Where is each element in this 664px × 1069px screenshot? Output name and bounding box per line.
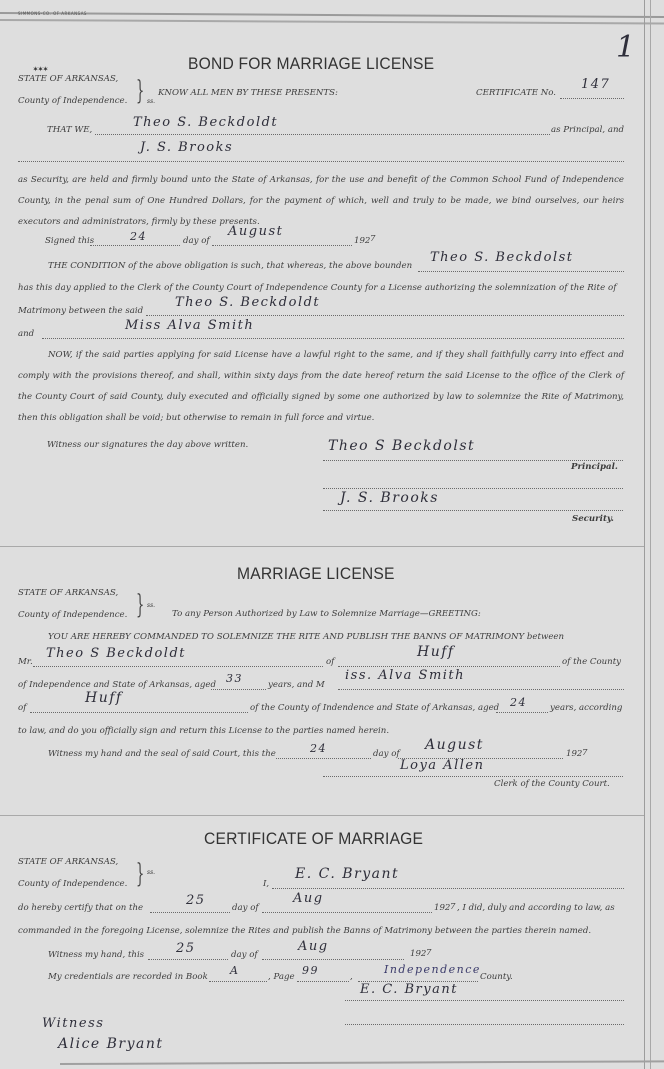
section-divider: [0, 815, 644, 816]
signed-this-label: Signed this: [45, 236, 94, 246]
day-of-label: day of: [232, 903, 259, 913]
mr-label: Mr.: [18, 657, 33, 667]
officiant-signature[interactable]: E. C. Bryant: [360, 982, 458, 997]
commanded-text: commanded in the foregoing License, sole…: [18, 926, 591, 936]
state-label: STATE OF ARKANSAS,: [18, 74, 118, 84]
license-day[interactable]: 24: [310, 742, 327, 755]
witness-handwritten-label: Witness: [42, 1016, 104, 1031]
license-year-digit[interactable]: 7: [582, 748, 587, 758]
ledger-rule: [60, 1060, 664, 1065]
i-label: I,: [263, 879, 269, 889]
cert-day-line: [150, 912, 230, 913]
license-title: MARRIAGE LICENSE: [237, 564, 395, 584]
to-law-text: to law, and do you officially sign and r…: [18, 726, 389, 736]
page-value[interactable]: 99: [302, 964, 319, 977]
day-of-label: day of: [231, 950, 258, 960]
as-principal-label: as Principal, and: [551, 125, 624, 135]
applied-text: has this day applied to the Clerk of the…: [18, 283, 616, 293]
ledger-margin-rule: [644, 0, 645, 1069]
clerk-signature[interactable]: Loya Allen: [400, 758, 484, 773]
officiant-name[interactable]: E. C. Bryant: [295, 866, 399, 882]
printer-imprint: SIMMONS-CO. OF ARKANSAS: [18, 11, 87, 16]
security-label: Security.: [572, 514, 614, 524]
comma: ,: [350, 972, 353, 982]
signed-year-digit[interactable]: 7: [370, 234, 375, 244]
groom-residence[interactable]: Huff: [417, 644, 455, 660]
years-and-label: years, and M: [268, 680, 325, 690]
county-label: County of Independence.: [18, 96, 127, 106]
license-day-line: [276, 758, 371, 759]
license-month[interactable]: August: [425, 737, 484, 753]
bride-name[interactable]: Miss Alva Smith: [125, 318, 254, 333]
book-line: [209, 981, 267, 982]
condition-text: THE CONDITION of the above obligation is…: [48, 261, 412, 271]
year-prefix: 192: [354, 236, 370, 246]
cert-month[interactable]: Aug: [293, 891, 324, 906]
state-label: STATE OF ARKANSAS,: [18, 857, 118, 867]
bride-name[interactable]: iss. Alva Smith: [345, 668, 465, 683]
ledger-margin-rule: [650, 0, 651, 1069]
certificate-no-label: CERTIFICATE No.: [476, 88, 556, 98]
year-prefix: 192: [434, 903, 450, 913]
signed-month-line: [212, 245, 352, 246]
groom-age[interactable]: 33: [226, 672, 243, 685]
groom-name[interactable]: Theo S. Beckdoldt: [175, 295, 320, 310]
principal-signature-line: [323, 460, 623, 461]
ss-label: ss.: [147, 869, 155, 876]
commanded-text: YOU ARE HEREBY COMMANDED TO SOLEMNIZE TH…: [48, 632, 564, 642]
principal-line: [95, 134, 550, 135]
clerk-label: Clerk of the County Court.: [494, 779, 610, 789]
ss-label: ss.: [147, 602, 155, 609]
bride-name-line: [338, 689, 624, 690]
officiant-title-line: [345, 1024, 624, 1025]
of-independence-aged-label: of Independence and State of Arkansas, a…: [18, 680, 216, 690]
ss-label: ss.: [147, 98, 155, 105]
volume-mark: 1: [616, 30, 635, 65]
cert-year-digit[interactable]: 7: [450, 902, 455, 912]
year-prefix: 192: [410, 949, 426, 959]
security-sig-line-1: [323, 488, 623, 489]
bride-age-line: [496, 712, 548, 713]
day-of-label: day of: [183, 236, 210, 246]
bond-title: BOND FOR MARRIAGE LICENSE: [188, 54, 434, 74]
know-all-men: KNOW ALL MEN BY THESE PRESENTS:: [158, 88, 338, 98]
book-value[interactable]: A: [230, 964, 239, 977]
now-text: NOW, if the said parties applying for sa…: [18, 345, 624, 429]
witness-month-line: [262, 959, 404, 960]
years-according-label: years, according: [550, 703, 622, 713]
groom-line: [146, 315, 624, 316]
witness-month[interactable]: Aug: [298, 939, 329, 954]
security-line: [18, 161, 624, 162]
bride-residence-line: [30, 712, 248, 713]
page-label: , Page: [268, 972, 295, 982]
county-label: County of Independence.: [18, 879, 127, 889]
brace: }: [136, 78, 144, 104]
greeting-text: To any Person Authorized by Law to Solem…: [172, 609, 481, 619]
cert-month-line: [262, 912, 432, 913]
security-name[interactable]: J. S. Brooks: [140, 140, 233, 155]
county-state-aged-label: of the County of Indendence and State of…: [250, 703, 499, 713]
brace: }: [136, 861, 144, 887]
witness-year-digit[interactable]: 7: [426, 948, 431, 958]
certify-text: do hereby certify that on the: [18, 903, 143, 913]
cert-day[interactable]: 25: [186, 893, 206, 908]
year-prefix: 192: [566, 749, 582, 759]
witness-hand-label: Witness my hand and the seal of said Cou…: [48, 749, 276, 759]
marriage-record-page: SIMMONS-CO. OF ARKANSAS BOND FOR MARRIAG…: [0, 0, 664, 1069]
margin-mark: ✶✶✶: [33, 66, 48, 73]
section-divider: [0, 546, 644, 547]
day-of-label: day of: [373, 749, 400, 759]
certificate-title: CERTIFICATE OF MARRIAGE: [204, 829, 423, 849]
credentials-county[interactable]: Independence: [384, 963, 481, 976]
principal-signature[interactable]: Theo S Beckdolst: [328, 438, 475, 454]
of-the-county-label: of the County: [562, 657, 621, 667]
security-signature[interactable]: J. S. Brooks: [340, 490, 439, 506]
and-label: and: [18, 329, 34, 339]
bounden-line: [418, 271, 624, 272]
bride-residence[interactable]: Huff: [85, 690, 123, 706]
page-line: [297, 981, 349, 982]
groom-name[interactable]: Theo S Beckdoldt: [46, 646, 186, 661]
bond-body-text: as Security, are held and firmly bound u…: [18, 170, 624, 233]
security-signature-line: [323, 510, 623, 511]
bounden-name[interactable]: Theo S. Beckdolst: [430, 250, 574, 265]
credentials-text: My credentials are recorded in Book: [48, 972, 208, 982]
witness-day[interactable]: 25: [176, 941, 196, 956]
officiant-line: [272, 888, 624, 889]
witness-signatures-label: Witness our signatures the day above wri…: [47, 440, 248, 450]
bride-age[interactable]: 24: [510, 696, 527, 709]
did-duly-text: , I did, duly and according to law, as: [457, 903, 615, 913]
bride-line: [42, 338, 624, 339]
groom-residence-line: [338, 666, 560, 667]
ledger-rule: [0, 19, 664, 24]
signed-month[interactable]: August: [228, 224, 283, 239]
witness-hand-label: Witness my hand, this: [48, 950, 144, 960]
state-label: STATE OF ARKANSAS,: [18, 588, 118, 598]
brace: }: [136, 592, 144, 618]
principal-label: Principal.: [571, 462, 618, 472]
groom-name-line: [33, 666, 323, 667]
county-label: County of Independence.: [18, 610, 127, 620]
of-label: of: [18, 703, 26, 713]
matrimony-between-label: Matrimony between the said: [18, 306, 143, 316]
certificate-no-line: [560, 98, 624, 99]
that-we-label: THAT WE,: [47, 125, 92, 135]
witness-signature[interactable]: Alice Bryant: [58, 1036, 164, 1052]
signed-day-line: [90, 245, 180, 246]
clerk-signature-line: [323, 776, 623, 777]
certificate-no-value[interactable]: 147: [581, 77, 610, 92]
officiant-signature-line: [345, 1000, 624, 1001]
county-label-suffix: County.: [480, 972, 513, 982]
groom-age-line: [211, 689, 266, 690]
witness-day-line: [148, 959, 228, 960]
of-label: of: [326, 657, 334, 667]
principal-name[interactable]: Theo S. Beckdoldt: [133, 115, 278, 130]
ledger-rule: [0, 12, 664, 18]
signed-day[interactable]: 24: [130, 230, 147, 243]
